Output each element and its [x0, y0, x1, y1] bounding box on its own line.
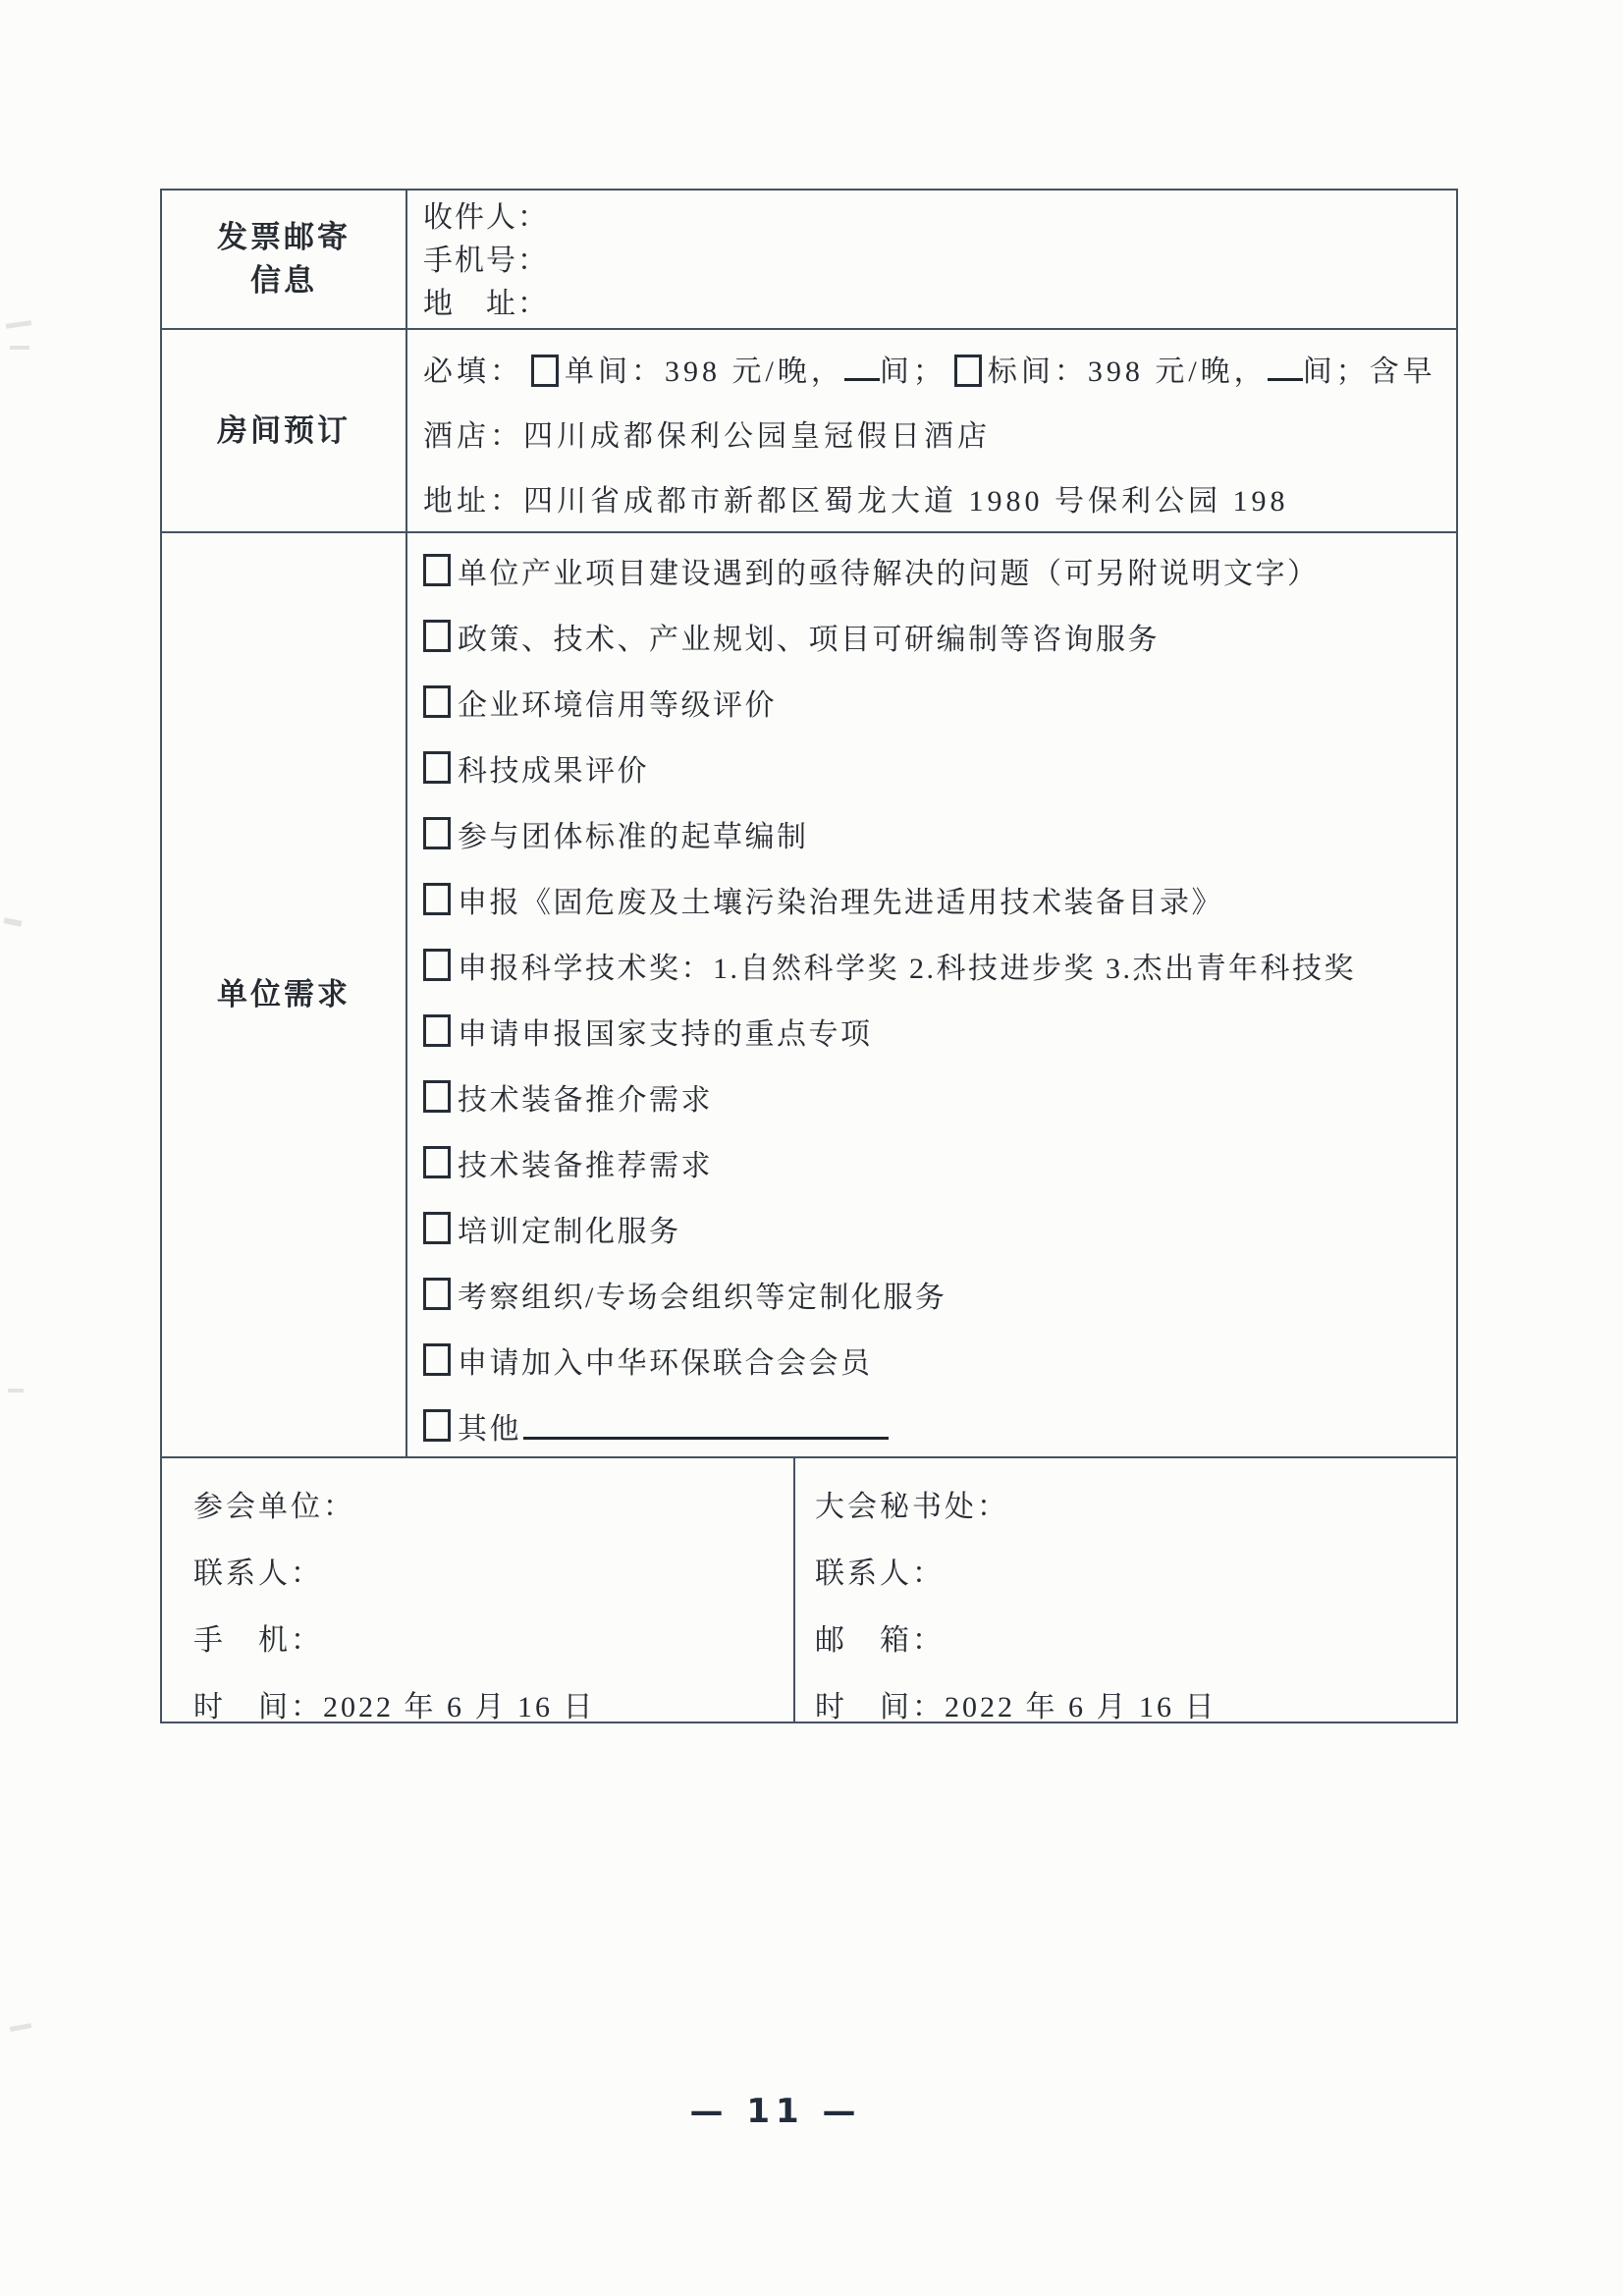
need-checkbox [423, 817, 451, 849]
needs-item-label: 企业环境信用等级评价 [458, 681, 777, 724]
participant-unit-label: 参会单位： [193, 1474, 793, 1541]
invoice-mail-label-line2: 信息 [250, 259, 317, 302]
needs-item-label: 申请加入中华环保联合会会员 [458, 1339, 873, 1382]
address-field-label: 地 址： [423, 283, 1456, 326]
single-room-checkbox [531, 355, 559, 387]
need-checkbox [423, 1080, 451, 1113]
needs-item: 考察组织/专场会组织等定制化服务 [423, 1261, 1456, 1327]
invoice-mail-label-line1: 发票邮寄 [217, 216, 351, 259]
single-room-suffix: 间； [880, 355, 947, 388]
needs-item: 申报科学技术奖：1.自然科学奖 2.科技进步奖 3.杰出青年科技奖 [423, 932, 1456, 998]
unit-needs-label-text: 单位需求 [217, 973, 351, 1016]
need-checkbox [423, 949, 451, 981]
need-checkbox [423, 1212, 451, 1244]
single-room-text: 单间：398 元/晚， [565, 355, 844, 388]
needs-item: 企业环境信用等级评价 [423, 669, 1456, 735]
needs-item-label: 其他 [458, 1404, 521, 1448]
needs-item-label: 单位产业项目建设遇到的亟待解决的问题（可另附说明文字） [458, 549, 1320, 592]
needs-item: 参与团体标准的起草编制 [423, 800, 1456, 866]
invoice-mail-label: 发票邮寄 信息 [162, 191, 407, 328]
standard-room-suffix: 间；含早 [1303, 355, 1436, 388]
unit-needs-label: 单位需求 [162, 533, 407, 1456]
needs-item: 培训定制化服务 [423, 1195, 1456, 1261]
participant-contact-label: 联系人： [193, 1541, 793, 1608]
recipient-field-label: 收件人： [423, 196, 1456, 240]
needs-item: 申请加入中华环保联合会会员 [423, 1327, 1456, 1393]
scan-artifact [8, 1389, 24, 1393]
participant-mobile-label: 手 机： [193, 1608, 793, 1674]
room-booking-content: 必填：单间：398 元/晚，间；标间：398 元/晚，间；含早 酒店：四川成都保… [407, 330, 1456, 531]
standard-room-checkbox [954, 355, 982, 387]
need-checkbox [423, 1343, 451, 1376]
need-checkbox [423, 685, 451, 718]
scan-artifact [10, 346, 29, 350]
required-prefix: 必填： [423, 355, 523, 388]
needs-item: 单位产业项目建设遇到的亟待解决的问题（可另附说明文字） [423, 537, 1456, 603]
single-room-count-blank [844, 353, 880, 381]
scan-artifact [4, 917, 23, 927]
needs-item-label: 申报科学技术奖：1.自然科学奖 2.科技进步奖 3.杰出青年科技奖 [458, 944, 1356, 987]
room-booking-row: 房间预订 必填：单间：398 元/晚，间；标间：398 元/晚，间；含早 酒店：… [162, 330, 1456, 533]
needs-item: 科技成果评价 [423, 735, 1456, 800]
phone-field-label: 手机号： [423, 240, 1456, 283]
unit-needs-row: 单位需求 单位产业项目建设遇到的亟待解决的问题（可另附说明文字） 政策、技术、产… [162, 533, 1456, 1458]
needs-item-other: 其他 [423, 1393, 1456, 1458]
secretariat-cell: 大会秘书处： 联系人： 邮 箱： 时 间：2022 年 6 月 16 日 [795, 1458, 1456, 1722]
needs-item: 技术装备推荐需求 [423, 1129, 1456, 1195]
need-checkbox [423, 751, 451, 784]
invoice-mail-content: 收件人： 手机号： 地 址： [407, 191, 1456, 328]
room-required-line: 必填：单间：398 元/晚，间；标间：398 元/晚，间；含早 [423, 340, 1456, 405]
need-checkbox [423, 1409, 451, 1442]
standard-room-count-blank [1268, 353, 1303, 381]
needs-item-label: 申请申报国家支持的重点专项 [458, 1010, 873, 1053]
needs-item-label: 考察组织/专场会组织等定制化服务 [458, 1273, 947, 1316]
need-checkbox [423, 554, 451, 586]
other-blank-line [523, 1411, 889, 1440]
page-number: — 11 — [0, 2092, 1551, 2131]
need-checkbox [423, 1146, 451, 1178]
need-checkbox [423, 1014, 451, 1047]
registration-form-table: 发票邮寄 信息 收件人： 手机号： 地 址： 房间预订 必填：单间：398 元/… [160, 189, 1458, 1723]
needs-item: 技术装备推介需求 [423, 1064, 1456, 1129]
secretariat-contact-label: 联系人： [815, 1541, 1456, 1608]
participant-time-label: 时 间：2022 年 6 月 16 日 [193, 1674, 793, 1741]
needs-item-label: 申报《固危废及土壤污染治理先进适用技术装备目录》 [458, 878, 1223, 921]
needs-checklist: 单位产业项目建设遇到的亟待解决的问题（可另附说明文字） 政策、技术、产业规划、项… [423, 533, 1456, 1458]
needs-item-label: 培训定制化服务 [458, 1207, 681, 1250]
participant-cell: 参会单位： 联系人： 手 机： 时 间：2022 年 6 月 16 日 [162, 1458, 795, 1722]
needs-item: 申报《固危废及土壤污染治理先进适用技术装备目录》 [423, 866, 1456, 932]
room-booking-label: 房间预订 [162, 330, 407, 531]
hotel-line: 酒店：四川成都保利公园皇冠假日酒店 [423, 405, 1456, 469]
standard-room-text: 标间：398 元/晚， [988, 355, 1268, 388]
needs-item-label: 技术装备推介需求 [458, 1075, 713, 1119]
secretariat-label: 大会秘书处： [815, 1474, 1456, 1541]
needs-item: 申请申报国家支持的重点专项 [423, 998, 1456, 1064]
signature-row: 参会单位： 联系人： 手 机： 时 间：2022 年 6 月 16 日 大会秘书… [162, 1458, 1456, 1722]
needs-item-label: 参与团体标准的起草编制 [458, 812, 809, 855]
invoice-mail-row: 发票邮寄 信息 收件人： 手机号： 地 址： [162, 191, 1456, 330]
hotel-address-line: 地址：四川省成都市新都区蜀龙大道 1980 号保利公园 198 [423, 469, 1456, 534]
need-checkbox [423, 1278, 451, 1310]
scanned-form-page: 发票邮寄 信息 收件人： 手机号： 地 址： 房间预订 必填：单间：398 元/… [0, 0, 1623, 2296]
need-checkbox [423, 620, 451, 652]
secretariat-time-label: 时 间：2022 年 6 月 16 日 [815, 1674, 1456, 1741]
room-booking-label-text: 房间预订 [217, 410, 351, 453]
need-checkbox [423, 883, 451, 915]
scan-artifact [6, 320, 31, 329]
needs-item-label: 技术装备推荐需求 [458, 1141, 713, 1184]
secretariat-email-label: 邮 箱： [815, 1608, 1456, 1674]
needs-item-label: 科技成果评价 [458, 746, 649, 790]
needs-item-label: 政策、技术、产业规划、项目可研编制等咨询服务 [458, 615, 1160, 658]
unit-needs-content: 单位产业项目建设遇到的亟待解决的问题（可另附说明文字） 政策、技术、产业规划、项… [407, 533, 1456, 1456]
scan-artifact [10, 2023, 32, 2032]
needs-item: 政策、技术、产业规划、项目可研编制等咨询服务 [423, 603, 1456, 669]
